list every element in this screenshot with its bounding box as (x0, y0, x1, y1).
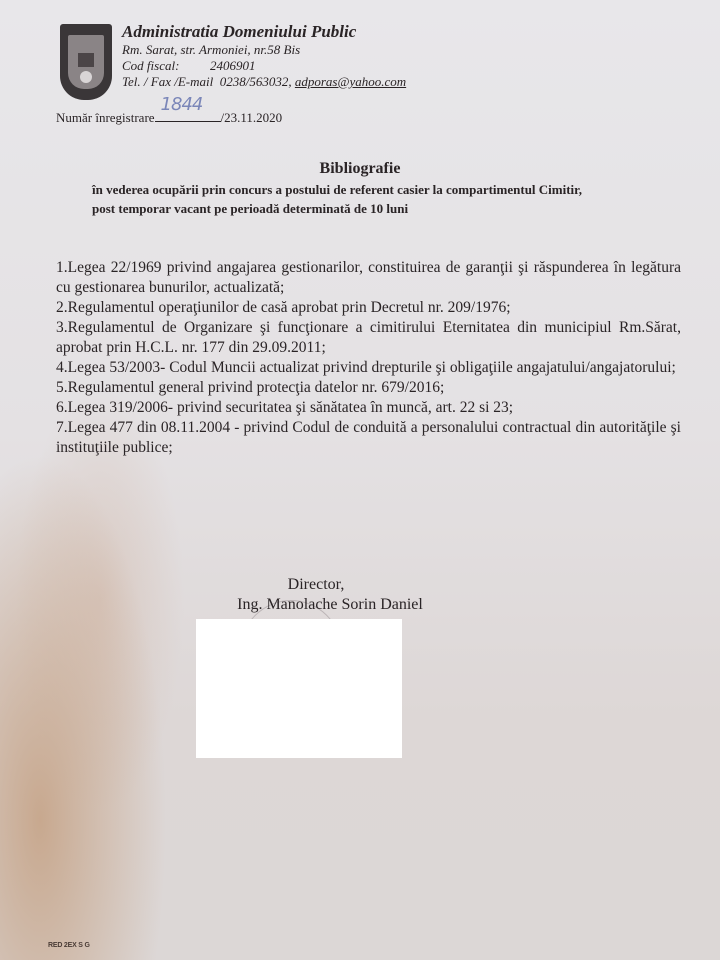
bibliography-item: 7.Legea 477 din 08.11.2004 - privind Cod… (56, 418, 681, 458)
contact-line: Tel. / Fax /E-mail 0238/563032, adporas@… (122, 74, 542, 90)
document-subtitle: în vederea ocupării prin concurs a postu… (92, 180, 712, 218)
fiscal-code-label: Cod fiscal: (122, 58, 210, 74)
organization-info: Administratia Domeniului Public Rm. Sara… (122, 22, 542, 90)
document-title: Bibliografie (0, 160, 720, 178)
phone-number: 0238/563032, (220, 74, 292, 89)
contact-label: Tel. / Fax /E-mail (122, 74, 213, 89)
handwritten-number: 1844 (161, 94, 203, 115)
bibliography-item: 6.Legea 319/2006- privind securitatea şi… (56, 398, 681, 418)
registration-date: /23.11.2020 (221, 110, 283, 125)
organization-name: Administratia Domeniului Public (122, 22, 542, 42)
bibliography-item: 2.Regulamentul operaţiunilor de casă apr… (56, 298, 681, 318)
bibliography-item: 4.Legea 53/2003- Codul Muncii actualizat… (56, 358, 681, 378)
bibliography-item: 1.Legea 22/1969 privind angajarea gestio… (56, 258, 681, 298)
signature-block: Director, Ing. Manolache Sorin Daniel (200, 575, 460, 615)
registration-label: Număr înregistrare (56, 110, 155, 125)
registration-blank: 1844 (155, 108, 221, 122)
fiscal-code-line: Cod fiscal:2406901 (122, 58, 542, 74)
bibliography-item: 3.Regulamentul de Organizare şi funcţion… (56, 318, 681, 358)
redacted-signature-area (196, 619, 402, 758)
registration-number: Număr înregistrare1844/23.11.2020 (56, 108, 282, 126)
romania-coat-of-arms-icon (60, 24, 112, 100)
subtitle-line-1: în vederea ocupării prin concurs a postu… (92, 180, 712, 199)
signatory-name: Ing. Manolache Sorin Daniel (200, 595, 460, 615)
subtitle-line-2: post temporar vacant pe perioadă determi… (92, 199, 712, 218)
bibliography-list: 1.Legea 22/1969 privind angajarea gestio… (56, 258, 681, 458)
organization-address: Rm. Sarat, str. Armoniei, nr.58 Bis (122, 42, 542, 58)
document-page: Administratia Domeniului Public Rm. Sara… (0, 0, 720, 960)
signatory-title: Director, (172, 575, 460, 595)
fiscal-code-value: 2406901 (210, 58, 256, 73)
bibliography-item: 5.Regulamentul general privind protecţia… (56, 378, 681, 398)
footer-print-code: RED 2EX S G (48, 942, 90, 949)
email-link[interactable]: adporas@yahoo.com (295, 74, 406, 89)
